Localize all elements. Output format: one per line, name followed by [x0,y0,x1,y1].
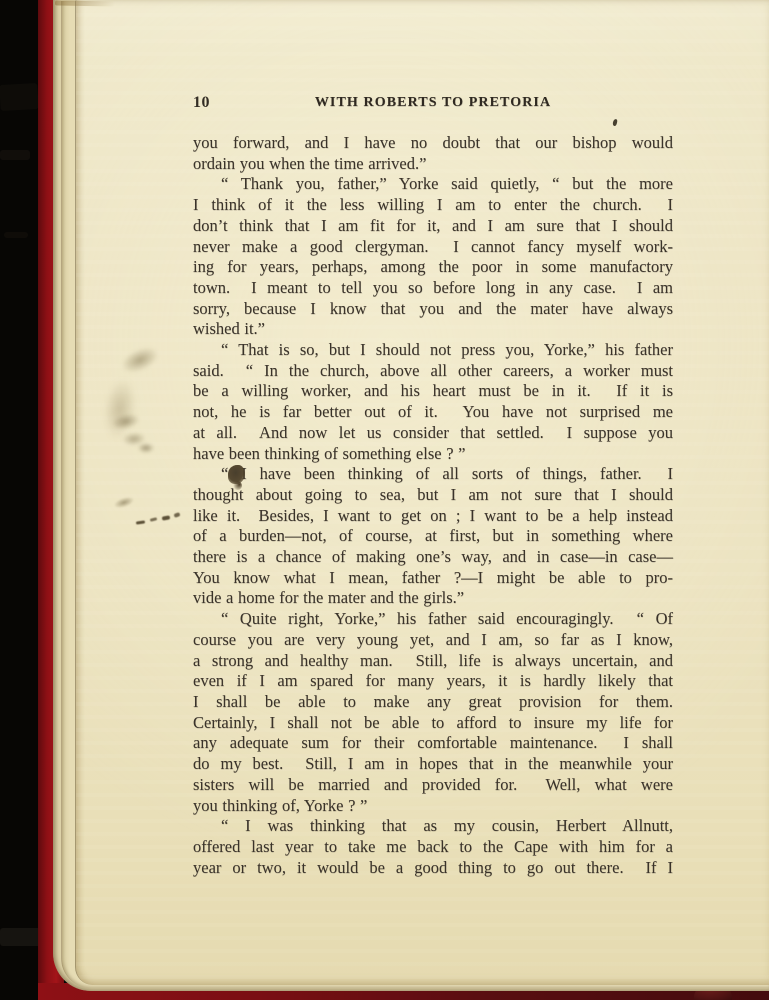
scanner-background-streak [0,83,39,111]
scanner-background-streak [0,150,30,160]
text-line: have been thinking of something else ? ” [193,444,673,465]
text-line: you thinking of, Yorke ? ” [193,796,673,817]
text-line: at all. And now let us consider that set… [193,423,673,444]
page-header: 10 WITH ROBERTS TO PRETORIA [193,94,673,112]
text-line: I shall be able to make any great provis… [193,692,673,713]
text-line: Certainly, I shall not be able to afford… [193,713,673,734]
text-line: like it. Besides, I want to get on ; I w… [193,506,673,527]
text-line: “ Thank you, father,” Yorke said quietly… [193,174,673,195]
text-line: sorry, because I know that you and the m… [193,299,673,320]
foxing-smudge [138,443,154,453]
text-line: do my best. Still, I am in hopes that in… [193,754,673,775]
text-line: town. I meant to tell you so before long… [193,278,673,299]
text-line: be a willing worker, and his heart must … [193,381,673,402]
text-line: not, he is far better out of it. You hav… [193,402,673,423]
text-line: said. “ In the church, above all other c… [193,361,673,382]
text-line: any adequate sum for their comfortable m… [193,733,673,754]
text-line: of a burden—not, of course, at first, bu… [193,526,673,547]
text-line: don’t think that I am fit for it, and I … [193,216,673,237]
text-line: You know what I mean, father ?—I might b… [193,568,673,589]
text-line: wished it.” [193,319,673,340]
text-line: I think of it the less willing I am to e… [193,195,673,216]
running-header-title: WITH ROBERTS TO PRETORIA [193,95,673,111]
page-body-text: you forward, and I have no doubt that ou… [193,133,673,878]
text-line: “ Quite right, Yorke,” his father said e… [193,609,673,630]
page-top-edge-shadow [55,0,115,6]
text-line: a strong and healthy man. Still, life is… [193,651,673,672]
text-line: vide a home for the mater and the girls.… [193,588,673,609]
text-line: “ I have been thinking of all sorts of t… [193,464,673,485]
book-scan: 10 WITH ROBERTS TO PRETORIA you forward,… [0,0,769,1000]
text-line: never make a good clergyman. I cannot fa… [193,237,673,258]
text-line: sisters will be married and provided for… [193,775,673,796]
text-line: “ I was thinking that as my cousin, Herb… [193,816,673,837]
text-line: even if I am spared for many years, it i… [193,671,673,692]
text-line: year or two, it would be a good thing to… [193,858,673,879]
text-line: there is a chance of making one’s way, a… [193,547,673,568]
text-line: offered last year to take me back to the… [193,837,673,858]
text-line: course you are very young yet, and I am,… [193,630,673,651]
text-line: thought about going to sea, but I am not… [193,485,673,506]
text-line: ordain you when the time arrived.” [193,154,673,175]
text-line: ing for years, perhaps, among the poor i… [193,257,673,278]
text-line: “ That is so, but I should not press you… [193,340,673,361]
scanner-background-streak [4,232,28,238]
page-text-block: 10 WITH ROBERTS TO PRETORIA you forward,… [193,94,673,878]
text-line: you forward, and I have no doubt that ou… [193,133,673,154]
